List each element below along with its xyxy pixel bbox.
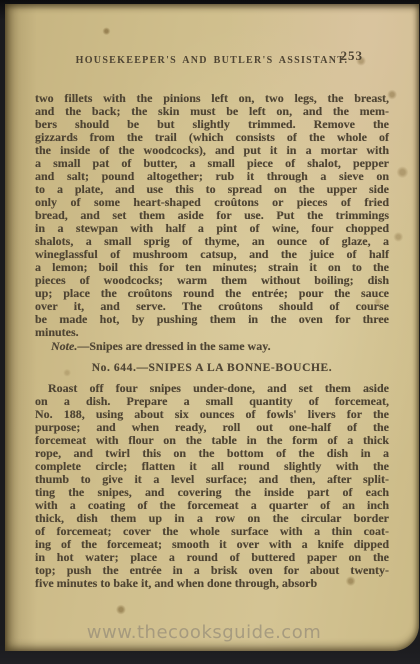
recipe-heading: No. 644.—SNIPES A LA BONNE-BOUCHE.: [35, 362, 389, 375]
page-body: two fillets with the pinions left on, tw…: [35, 92, 389, 590]
text-line: minutes.: [35, 326, 389, 339]
note: Note.—Snipes are dressed in the same way…: [35, 340, 389, 353]
scanned-book-page: HOUSEKEEPER'S AND BUTLER'S ASSISTANT. 25…: [0, 0, 420, 664]
book-page: HOUSEKEEPER'S AND BUTLER'S ASSISTANT. 25…: [5, 4, 419, 651]
page-number: 253: [341, 48, 364, 64]
running-title: HOUSEKEEPER'S AND BUTLER'S ASSISTANT.: [76, 55, 349, 66]
page-header: HOUSEKEEPER'S AND BUTLER'S ASSISTANT. 25…: [35, 50, 389, 66]
paragraph-woodcocks: two fillets with the pinions left on, tw…: [35, 92, 389, 339]
text-line: five minutes to bake it, and when done t…: [35, 577, 389, 590]
paragraph-snipes: Roast off four snipes under-done, and se…: [35, 382, 389, 590]
watermark: www.thecooksguide.com: [0, 622, 408, 643]
note-label: Note.: [51, 339, 77, 353]
text-line: be made hot, by pushing them in the oven…: [35, 313, 389, 326]
note-text: —Snipes are dressed in the same way.: [77, 339, 270, 353]
